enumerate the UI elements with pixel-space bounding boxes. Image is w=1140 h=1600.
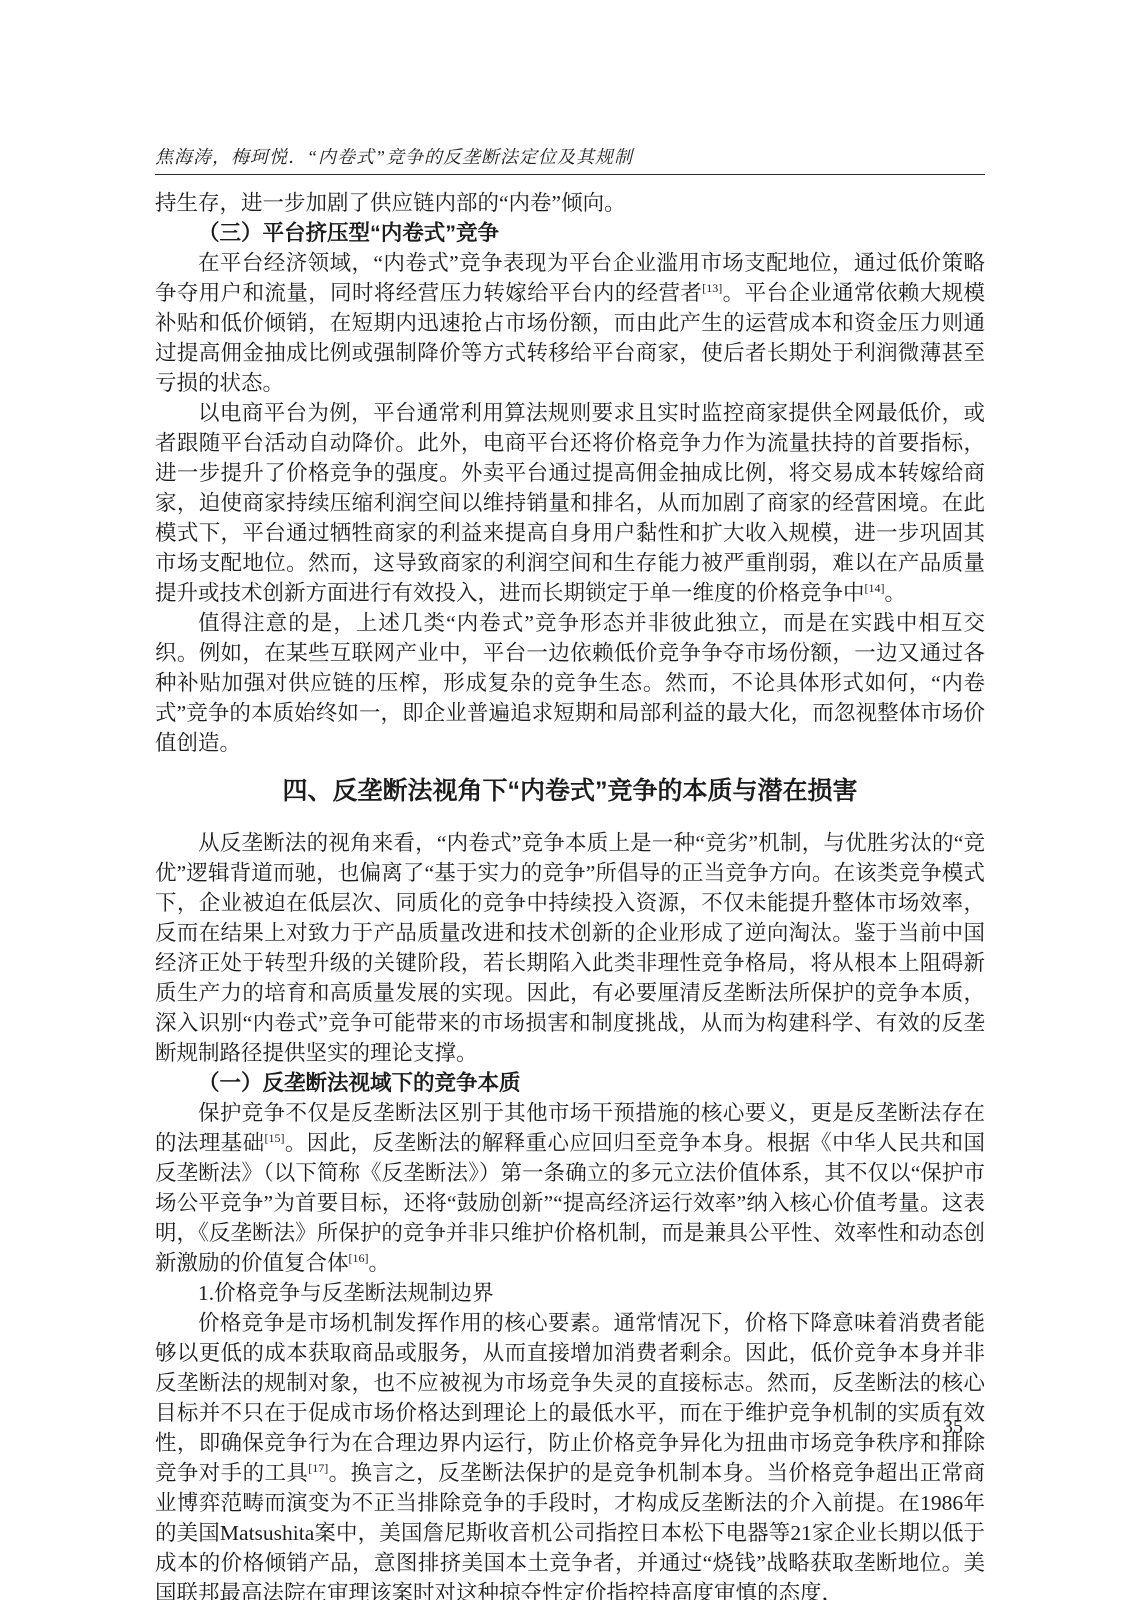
article-body: 持生存，进一步加剧了供应链内部的“内卷”倾向。 （三）平台挤压型“内卷式”竞争 … <box>155 188 985 1600</box>
paragraph-antitrust-perspective: 从反垄断法的视角来看，“内卷式”竞争本质上是一种“竞劣”机制，与优胜劣汰的“竞优… <box>155 828 985 1068</box>
footnote-ref: [17] <box>308 1461 328 1475</box>
header-rule <box>155 174 985 175</box>
journal-page: 焦海涛，梅珂悦．“内卷式”竞争的反垄断法定位及其规制 持生存，进一步加剧了供应链… <box>0 0 1140 1600</box>
footnote-ref: [15] <box>264 1131 284 1145</box>
paragraph-platform-overview: 在平台经济领域，“内卷式”竞争表现为平台企业滥用市场支配地位，通过低价策略争夺用… <box>155 248 985 398</box>
heading-section3-platform-squeeze: （三）平台挤压型“内卷式”竞争 <box>155 218 985 248</box>
heading-subsection-competition-essence: （一）反垄断法视域下的竞争本质 <box>155 1068 985 1098</box>
page-number: 35 <box>943 1416 963 1439</box>
paragraph-price-competition: 价格竞争是市场机制发挥作用的核心要素。通常情况下，价格下降意味着消费者能够以更低… <box>155 1308 985 1600</box>
paragraph-ecommerce-example: 以电商平台为例，平台通常利用算法规则要求且实时监控商家提供全网最低价，或者跟随平… <box>155 398 985 608</box>
running-head: 焦海涛，梅珂悦．“内卷式”竞争的反垄断法定位及其规制 <box>155 146 985 175</box>
page-footer: 35 <box>155 1416 985 1439</box>
heading-price-competition-boundary: 1.价格竞争与反垄断法规制边界 <box>155 1278 985 1308</box>
paragraph-protect-competition: 保护竞争不仅是反垄断法区别于其他市场干预措施的核心要义，更是反垄断法存在的法理基… <box>155 1098 985 1278</box>
running-head-text: 焦海涛，梅珂悦．“内卷式”竞争的反垄断法定位及其规制 <box>155 146 985 168</box>
paragraph-continuation: 持生存，进一步加剧了供应链内部的“内卷”倾向。 <box>155 188 985 218</box>
footnote-ref: [16] <box>349 1251 369 1265</box>
paragraph-forms-interweaving: 值得注意的是，上述几类“内卷式”竞争形态并非彼此独立，而是在实践中相互交织。例如… <box>155 608 985 758</box>
heading-section4-title: 四、反垄断法视角下“内卷式”竞争的本质与潜在损害 <box>155 775 985 807</box>
footnote-ref: [14] <box>865 581 885 595</box>
footnote-ref: [13] <box>702 281 722 295</box>
